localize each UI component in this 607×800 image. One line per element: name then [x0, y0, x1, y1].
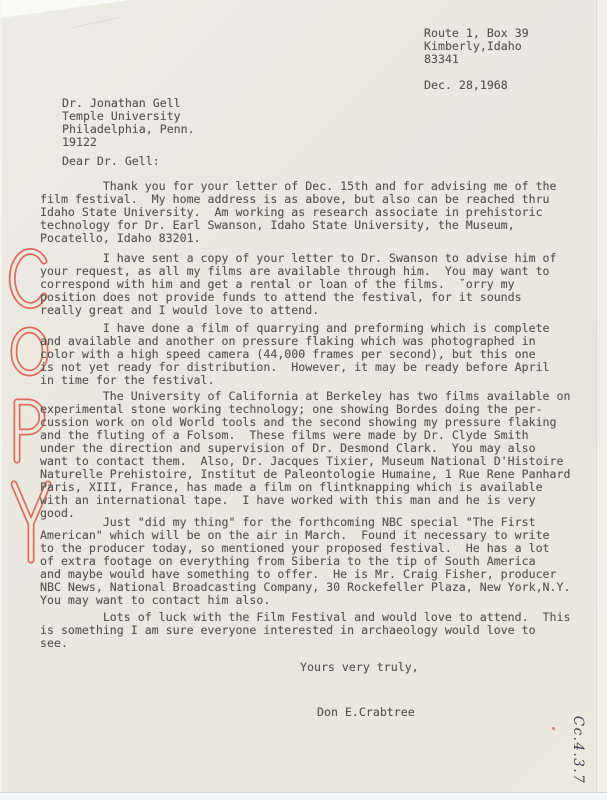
letter-date: Dec. 28,1968: [424, 79, 508, 92]
salutation: Dear Dr. Gell:: [62, 155, 160, 168]
body-paragraph-3: I have done a film of quarrying and pref…: [40, 322, 550, 387]
sender-address: Route 1, Box 39 Kimberly,Idaho 83341: [424, 27, 529, 66]
letter-paper: Route 1, Box 39 Kimberly,Idaho 83341 Dec…: [0, 0, 607, 800]
paper-edge-top-left: [0, 0, 130, 18]
body-paragraph-1: Thank you for your letter of Dec. 15th a…: [40, 180, 557, 245]
paper-crease: [72, 17, 119, 28]
body-paragraph-5: Just "did my thing" for the forthcoming …: [40, 516, 570, 607]
closing-line: Yours very truly,: [300, 661, 419, 674]
paper-edge-bottom: [0, 792, 607, 800]
archival-annotation: Cc.4.3.7: [570, 702, 586, 798]
body-paragraph-2: I have sent a copy of your letter to Dr.…: [40, 252, 557, 317]
recipient-address: Dr. Jonathan Gell Temple University Phil…: [62, 97, 195, 149]
copy-stamp-letter-p: [17, 402, 42, 460]
ink-fleck: [552, 727, 555, 730]
signature-name: Don E.Crabtree: [317, 706, 415, 719]
paper-edge-right: [596, 0, 607, 800]
body-paragraph-4: The University of California at Berkeley…: [40, 390, 570, 520]
body-paragraph-6: Lots of luck with the Film Festival and …: [40, 611, 570, 650]
